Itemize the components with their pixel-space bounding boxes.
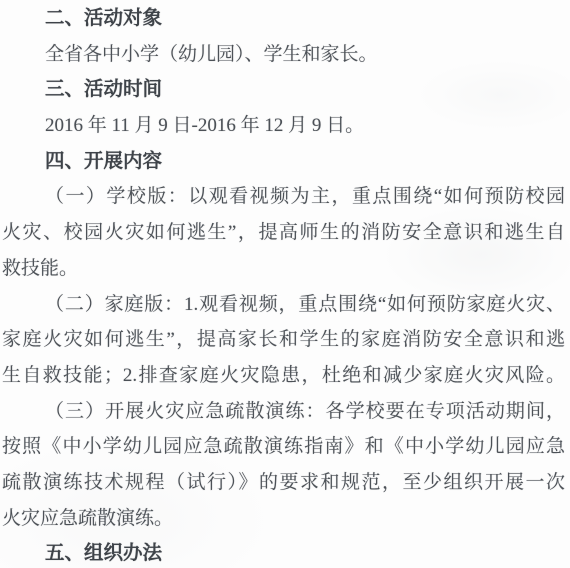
paragraph-school-version-line-2: 火灾、校园火灾如何逃生”，提高师生的消防安全意识和逃生自 bbox=[2, 215, 565, 251]
paragraph-evacuation-drill-line-4: 火灾应急疏散演练。 bbox=[2, 501, 565, 537]
heading-activity-target: 二、活动对象 bbox=[2, 1, 565, 37]
paragraph-activity-time: 2016 年 11 月 9 日-2016 年 12 月 9 日。 bbox=[2, 108, 565, 144]
heading-activity-time: 三、活动时间 bbox=[2, 72, 565, 108]
heading-organization-method: 五、组织办法 bbox=[2, 536, 565, 568]
paragraph-family-version-line-3: 生自救技能；2.排查家庭火灾隐患，杜绝和减少家庭火灾风险。 bbox=[2, 358, 565, 394]
document-page: 二、活动对象 全省各中小学（幼儿园）、学生和家长。 三、活动时间 2016 年 … bbox=[0, 0, 570, 568]
paragraph-activity-target: 全省各中小学（幼儿园）、学生和家长。 bbox=[2, 37, 565, 73]
paragraph-family-version-line-1: （二）家庭版：1.观看视频，重点围绕“如何预防家庭火灾、 bbox=[2, 287, 565, 323]
paragraph-evacuation-drill-line-2: 按照《中小学幼儿园应急疏散演练指南》和《中小学幼儿园应急 bbox=[2, 429, 565, 465]
paragraph-school-version-line-1: （一）学校版：以观看视频为主，重点围绕“如何预防校园 bbox=[2, 179, 565, 215]
paragraph-school-version-line-3: 救技能。 bbox=[2, 251, 565, 287]
heading-activity-content: 四、开展内容 bbox=[2, 144, 565, 180]
paragraph-family-version-line-2: 家庭火灾如何逃生”，提高家长和学生的家庭消防安全意识和逃 bbox=[2, 322, 565, 358]
paragraph-evacuation-drill-line-3: 疏散演练技术规程（试行）》的要求和规范，至少组织开展一次 bbox=[2, 465, 565, 501]
paragraph-evacuation-drill-line-1: （三）开展火灾应急疏散演练：各学校要在专项活动期间， bbox=[2, 394, 565, 430]
